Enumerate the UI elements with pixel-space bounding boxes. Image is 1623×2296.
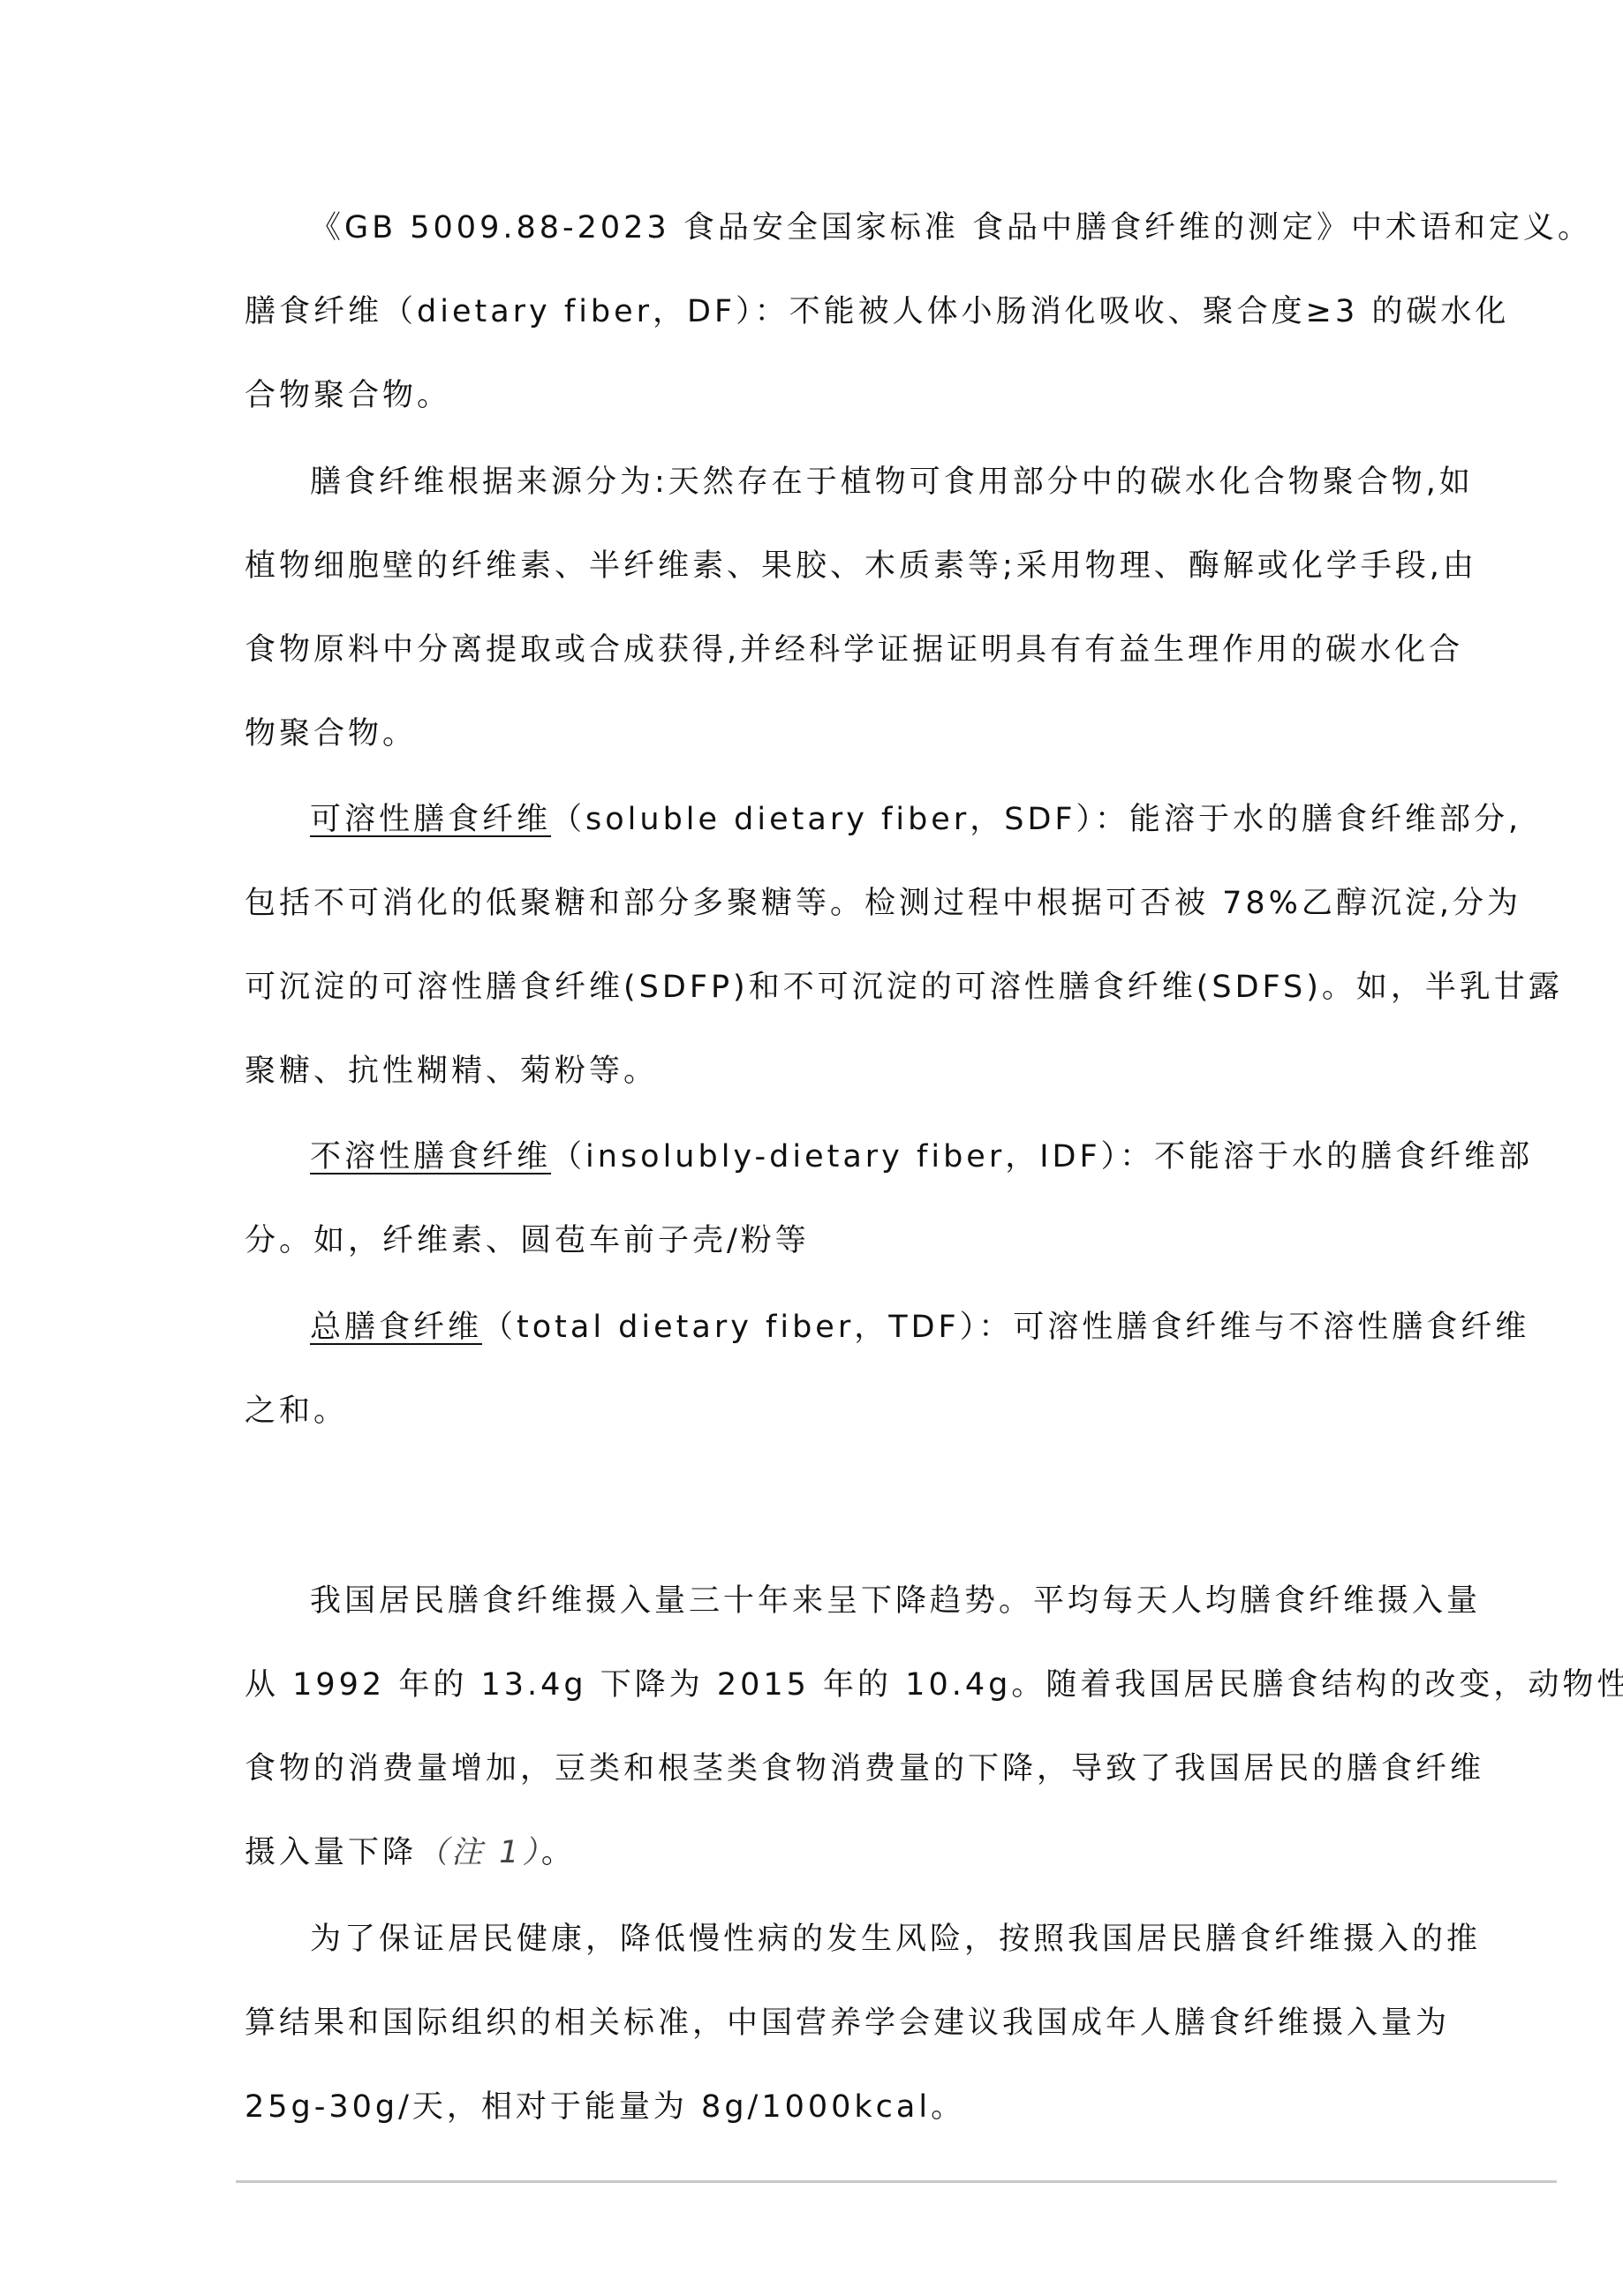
tdf-term: 总膳食纤维 — [310, 1310, 482, 1345]
footer-divider — [236, 2180, 1557, 2183]
df-source-line-3: 食物原料中分离提取或合成获得,并经科学证据证明具有有益生理作用的碳水化合 — [245, 631, 1463, 669]
tdf-definition-text: （total dietary fiber，TDF）：可溶性膳食纤维与不溶性膳食纤… — [482, 1310, 1529, 1345]
df-definition-line-1: 膳食纤维（dietary fiber，DF）：不能被人体小肠消化吸收、聚合度≥3… — [245, 292, 1509, 331]
sdf-definition-line-3: 可沉淀的可溶性膳食纤维(SDFP)和不可沉淀的可溶性膳食纤维(SDFS)。如，半… — [245, 968, 1563, 1007]
idf-definition-text: （insolubly-dietary fiber，IDF）：不能溶于水的膳食纤维… — [551, 1139, 1533, 1174]
recommendation-line-1: 为了保证居民健康，降低慢性病的发生风险，按照我国居民膳食纤维摄入的推 — [310, 1920, 1481, 1959]
standard-title-line: 《GB 5009.88-2023 食品安全国家标准 食品中膳食纤维的测定》中术语… — [310, 208, 1592, 247]
sdf-definition-line-4: 聚糖、抗性糊精、菊粉等。 — [245, 1052, 658, 1091]
recommendation-line-2: 算结果和国际组织的相关标准，中国营养学会建议我国成年人膳食纤维摄入量为 — [245, 2004, 1450, 2043]
intake-trend-line-2: 从 1992 年的 13.4g 下降为 2015 年的 10.4g。随着我国居民… — [245, 1665, 1623, 1704]
sdf-definition-line-1: 可溶性膳食纤维（soluble dietary fiber，SDF）：能溶于水的… — [310, 800, 1521, 839]
intake-trend-line-4: 摄入量下降（注 1）。 — [245, 1833, 576, 1872]
idf-definition-line-1: 不溶性膳食纤维（insolubly-dietary fiber，IDF）：不能溶… — [310, 1137, 1533, 1176]
intake-trend-text: 摄入量下降 — [245, 1835, 417, 1870]
sdf-definition-text: （soluble dietary fiber，SDF）：能溶于水的膳食纤维部分, — [551, 802, 1521, 837]
recommendation-line-3: 25g-30g/天，相对于能量为 8g/1000kcal。 — [245, 2088, 965, 2126]
sdf-term: 可溶性膳食纤维 — [310, 802, 551, 837]
intake-trend-line-1: 我国居民膳食纤维摄入量三十年来呈下降趋势。平均每天人均膳食纤维摄入量 — [310, 1582, 1481, 1620]
sdf-definition-line-2: 包括不可消化的低聚糖和部分多聚糖等。检测过程中根据可否被 78%乙醇沉淀,分为 — [245, 884, 1521, 923]
df-source-line-1: 膳食纤维根据来源分为:天然存在于植物可食用部分中的碳水化合物聚合物,如 — [310, 463, 1474, 502]
df-source-line-2: 植物细胞壁的纤维素、半纤维素、果胶、木质素等;采用物理、酶解或化学手段,由 — [245, 547, 1477, 585]
idf-term: 不溶性膳食纤维 — [310, 1139, 551, 1174]
intake-trend-line-3: 食物的消费量增加，豆类和根茎类食物消费量的下降，导致了我国居民的膳食纤维 — [245, 1749, 1484, 1788]
tdf-definition-line-1: 总膳食纤维（total dietary fiber，TDF）：可溶性膳食纤维与不… — [310, 1308, 1529, 1347]
tdf-definition-line-2: 之和。 — [245, 1392, 348, 1431]
footnote-reference: （注 1） — [417, 1835, 541, 1870]
intake-trend-end: 。 — [541, 1835, 576, 1870]
df-definition-line-2: 合物聚合物。 — [245, 376, 451, 415]
idf-definition-line-2: 分。如，纤维素、圆苞车前子壳/粉等 — [245, 1221, 810, 1260]
df-source-line-4: 物聚合物。 — [245, 714, 417, 753]
